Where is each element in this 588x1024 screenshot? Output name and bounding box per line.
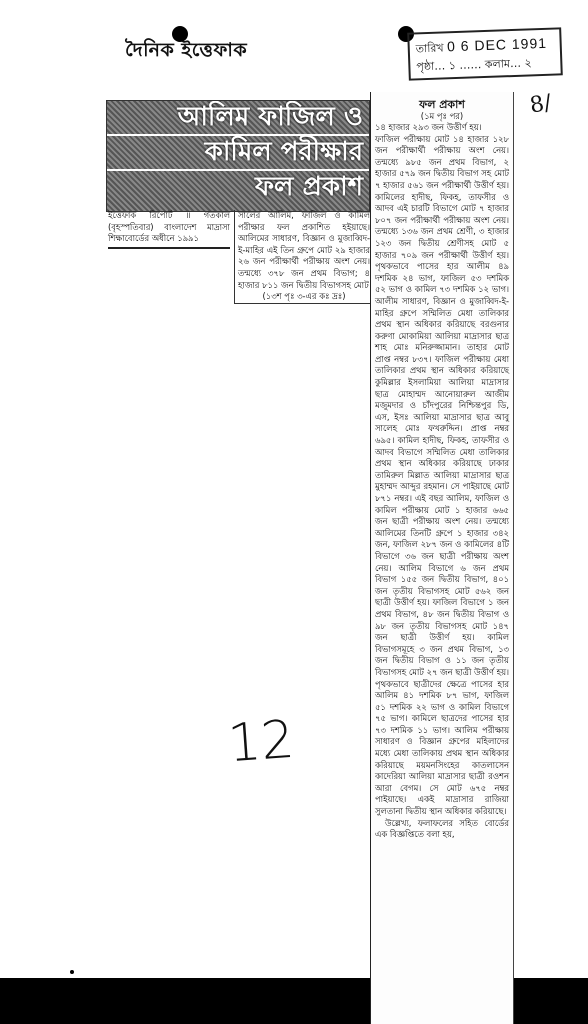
handwritten-page-mark: 8/ [528,90,553,118]
binder-hole [172,26,188,42]
headline-block: আলিম ফাজিল ও কামিল পরীক্ষার ফল প্রকাশ [106,100,370,212]
stamp-page-label: পৃষ্ঠা [416,60,434,74]
paragraph: ফাজিল পরীক্ষায় মোট ১৪ হাজার ১২৮ জন পরীক… [375,134,509,818]
speck [70,970,74,974]
paragraph: উল্লেখ্য, ফলাফলের সহিত বোর্ডের এক বিজ্ঞপ… [375,818,509,841]
stamp-date-value: 0 6 DEC 1991 [447,35,547,54]
newspaper-masthead: দৈনিক ইত্তেফাক [125,36,247,68]
continuation-subtitle: (১ম পৃঃ পর) [375,111,509,122]
stamp-date-label: তারিখ [416,41,444,55]
article-column-2: সালের আলিম, ফাজিল ও কামিল পরীক্ষার ফল প্… [234,210,370,304]
stamp-column-value: ২ [524,56,532,69]
date-stamp: তারিখ 0 6 DEC 1991 পৃষ্ঠা… ১ …… কলাম… ২ [407,27,563,80]
article-continuation: ফল প্রকাশ (১ম পৃঃ পর) ১৪ হাজার ২৯৩ জন উত… [370,92,514,1024]
column-2-text: সালের আলিম, ফাজিল ও কামিল পরীক্ষার ফল প্… [238,210,370,290]
stamp-column-label: কলাম [485,57,511,71]
continuation-title: ফল প্রকাশ [375,98,509,111]
handwritten-number: 12 [226,710,296,774]
jump-reference: (১৩শ পৃঃ ৩-এর কঃ দ্রঃ) [238,291,370,303]
headline-line: কামিল পরীক্ষার [107,136,369,171]
stamp-page-value: ১ [448,59,456,72]
paragraph: ১৪ হাজার ২৯৩ জন উত্তীর্ণ হয়। [375,122,509,134]
headline-line: ফল প্রকাশ [107,171,369,204]
article-column-1: ইত্তেফাক রিপোর্ট ॥ গতকাল (বৃহস্পতিবার) ব… [108,210,230,249]
headline-line: আলিম ফাজিল ও [107,101,369,136]
